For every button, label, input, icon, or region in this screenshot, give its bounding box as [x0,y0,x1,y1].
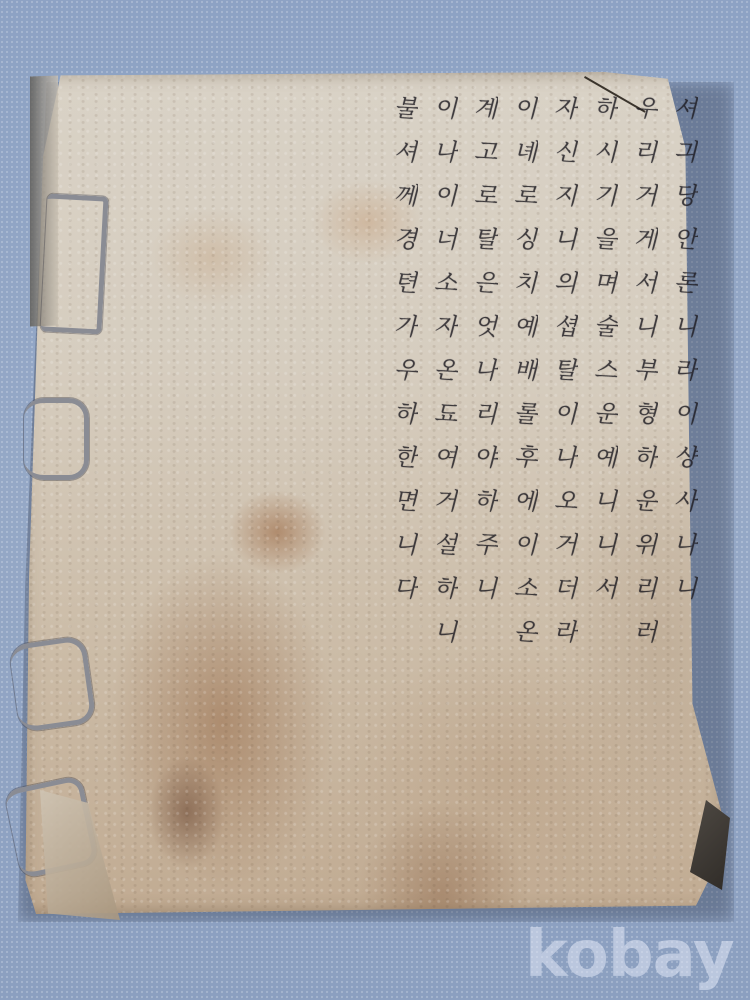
handwritten-text-columns: 셔 긔 당 안 론 니 라 이 샹 사 나 니 우 리 거 게 서 니 부 형 … [280,95,700,895]
text-column-6: 계 고 로 탈 은 엇 나 리 야 하 주 니 [466,94,500,896]
binding-stitch-2 [24,398,89,480]
text-column-4: 자 신 지 니 의 셥 탈 이 나 오 거 더 라 [546,94,580,896]
text-column-3: 하 시 기 을 며 술 스 운 예 니 니 서 [586,94,620,896]
text-column-1: 셔 긔 당 안 론 니 라 이 샹 사 나 니 [666,94,700,896]
text-column-2: 우 리 거 게 서 니 부 형 하 운 위 리 러 [626,94,660,896]
text-column-7: 이 나 이 너 소 자 온 됴 여 거 설 하 니 [426,94,460,896]
binding-stitch-3 [8,635,96,733]
text-column-8: 불 셔 께 경 텬 가 우 하 한 면 니 다 [386,94,420,896]
text-column-5: 이 녜 로 싱 치 예 배 롤 후 에 이 소 온 [506,94,540,896]
watermark-logo: kobay [525,918,734,992]
binding-stitch-1 [40,193,108,334]
